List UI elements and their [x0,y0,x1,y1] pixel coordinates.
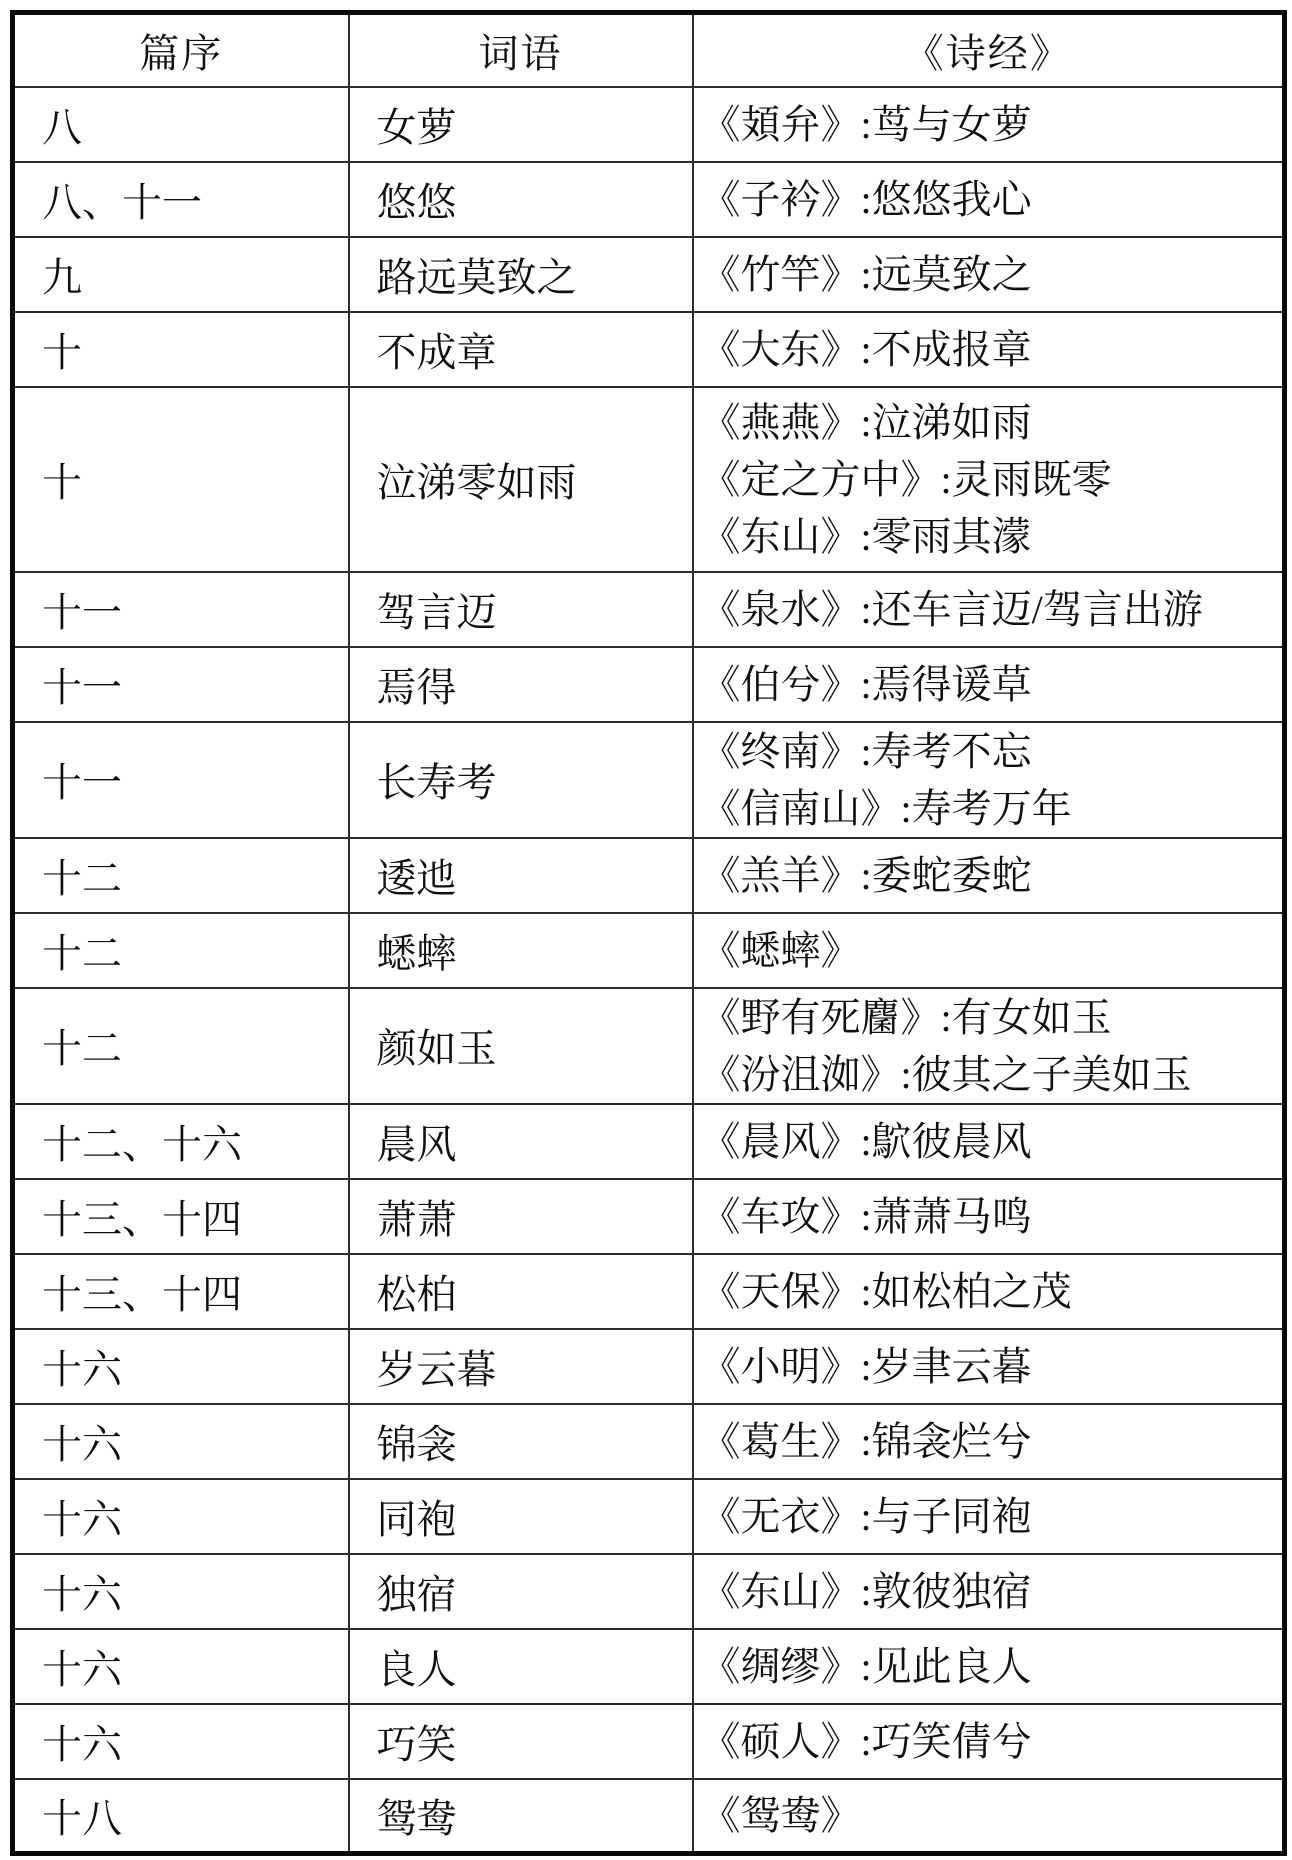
column-header-ciyu: 词语 [349,13,693,87]
cell-word: 同袍 [349,1479,693,1554]
cell-order: 十六 [13,1629,349,1704]
table-row: 十一焉得《伯兮》:焉得谖草 [13,647,1285,722]
header-row: 篇序 词语 《诗经》 [13,13,1285,87]
cell-refs: 《鸳鸯》 [693,1779,1285,1854]
cell-refs: 《大东》:不成报章 [693,312,1285,387]
cell-word: 萧萧 [349,1179,693,1254]
cell-word: 长寿考 [349,722,693,838]
ref-line: 《定之方中》:灵雨既零 [701,451,1283,508]
cell-refs: 《竹竿》:远莫致之 [693,237,1285,312]
cell-word: 良人 [349,1629,693,1704]
cell-word: 松柏 [349,1254,693,1329]
cell-order: 十六 [13,1329,349,1404]
cell-word: 蟋蟀 [349,913,693,988]
cell-order: 十二、十六 [13,1104,349,1179]
cell-refs: 《葛生》:锦衾烂兮 [693,1404,1285,1479]
cell-word: 驾言迈 [349,572,693,647]
table-row: 十八鸳鸯《鸳鸯》 [13,1779,1285,1854]
cell-order: 八 [13,87,349,162]
table-row: 十六巧笑《硕人》:巧笑倩兮 [13,1704,1285,1779]
ref-line: 《伯兮》:焉得谖草 [701,656,1283,713]
cell-order: 十三、十四 [13,1179,349,1254]
ref-line: 《绸缪》:见此良人 [701,1638,1283,1695]
cell-word: 鸳鸯 [349,1779,693,1854]
table-row: 八、十一悠悠《子衿》:悠悠我心 [13,162,1285,237]
ref-line: 《东山》:零雨其濛 [701,508,1283,565]
cell-word: 泣涕零如雨 [349,387,693,572]
ref-line: 《天保》:如松柏之茂 [701,1263,1283,1320]
cell-order: 十八 [13,1779,349,1854]
cell-refs: 《伯兮》:焉得谖草 [693,647,1285,722]
cell-word: 晨风 [349,1104,693,1179]
cell-order: 九 [13,237,349,312]
cell-refs: 《蟋蟀》 [693,913,1285,988]
cell-order: 十二 [13,838,349,913]
cell-order: 八、十一 [13,162,349,237]
table-row: 十六锦衾《葛生》:锦衾烂兮 [13,1404,1285,1479]
cell-word: 女萝 [349,87,693,162]
ref-line: 《硕人》:巧笑倩兮 [701,1713,1283,1770]
cell-refs: 《泉水》:还车言迈/驾言出游 [693,572,1285,647]
cell-word: 独宿 [349,1554,693,1629]
table-row: 十不成章《大东》:不成报章 [13,312,1285,387]
ref-line: 《竹竿》:远莫致之 [701,246,1283,303]
table-body: 八女萝《頍弁》:茑与女萝八、十一悠悠《子衿》:悠悠我心九路远莫致之《竹竿》:远莫… [13,87,1285,1854]
table-row: 十六独宿《东山》:敦彼独宿 [13,1554,1285,1629]
cell-order: 十六 [13,1479,349,1554]
cell-refs: 《頍弁》:茑与女萝 [693,87,1285,162]
table-row: 十二逶迆《羔羊》:委蛇委蛇 [13,838,1285,913]
ref-line: 《頍弁》:茑与女萝 [701,96,1283,153]
ref-line: 《野有死麕》:有女如玉 [701,989,1283,1046]
cell-refs: 《燕燕》:泣涕如雨《定之方中》:灵雨既零《东山》:零雨其濛 [693,387,1285,572]
cell-word: 巧笑 [349,1704,693,1779]
cell-refs: 《绸缪》:见此良人 [693,1629,1285,1704]
ref-line: 《葛生》:锦衾烂兮 [701,1413,1283,1470]
table-row: 十一长寿考《终南》:寿考不忘《信南山》:寿考万年 [13,722,1285,838]
ref-line: 《终南》:寿考不忘 [701,723,1283,780]
cell-order: 十二 [13,913,349,988]
ref-line: 《大东》:不成报章 [701,321,1283,378]
ref-line: 《车攻》:萧萧马鸣 [701,1188,1283,1245]
shijing-reference-table: 篇序 词语 《诗经》 八女萝《頍弁》:茑与女萝八、十一悠悠《子衿》:悠悠我心九路… [10,10,1287,1856]
ref-line: 《羔羊》:委蛇委蛇 [701,847,1283,904]
ref-line: 《燕燕》:泣涕如雨 [701,394,1283,451]
table-row: 十六良人《绸缪》:见此良人 [13,1629,1285,1704]
table-row: 十二颜如玉《野有死麕》:有女如玉《汾沮洳》:彼其之子美如玉 [13,988,1285,1104]
ref-line: 《泉水》:还车言迈/驾言出游 [701,581,1283,638]
table-row: 十二蟋蟀《蟋蟀》 [13,913,1285,988]
cell-word: 焉得 [349,647,693,722]
cell-refs: 《车攻》:萧萧马鸣 [693,1179,1285,1254]
ref-line: 《东山》:敦彼独宿 [701,1563,1283,1620]
cell-order: 十六 [13,1554,349,1629]
cell-word: 悠悠 [349,162,693,237]
cell-word: 路远莫致之 [349,237,693,312]
cell-order: 十六 [13,1404,349,1479]
cell-refs: 《子衿》:悠悠我心 [693,162,1285,237]
cell-order: 十 [13,312,349,387]
table-row: 八女萝《頍弁》:茑与女萝 [13,87,1285,162]
cell-word: 不成章 [349,312,693,387]
cell-refs: 《硕人》:巧笑倩兮 [693,1704,1285,1779]
ref-line: 《蟋蟀》 [701,922,1283,979]
cell-refs: 《野有死麕》:有女如玉《汾沮洳》:彼其之子美如玉 [693,988,1285,1104]
cell-order: 十 [13,387,349,572]
ref-line: 《晨风》:鴥彼晨风 [701,1113,1283,1170]
cell-order: 十一 [13,722,349,838]
cell-word: 颜如玉 [349,988,693,1104]
cell-refs: 《终南》:寿考不忘《信南山》:寿考万年 [693,722,1285,838]
table-row: 十三、十四松柏《天保》:如松柏之茂 [13,1254,1285,1329]
cell-word: 逶迆 [349,838,693,913]
ref-line: 《汾沮洳》:彼其之子美如玉 [701,1046,1283,1103]
cell-refs: 《羔羊》:委蛇委蛇 [693,838,1285,913]
table-row: 十三、十四萧萧《车攻》:萧萧马鸣 [13,1179,1285,1254]
cell-refs: 《天保》:如松柏之茂 [693,1254,1285,1329]
cell-order: 十一 [13,572,349,647]
cell-order: 十三、十四 [13,1254,349,1329]
ref-line: 《无衣》:与子同袍 [701,1488,1283,1545]
cell-order: 十六 [13,1704,349,1779]
ref-line: 《鸳鸯》 [701,1787,1283,1844]
cell-order: 十一 [13,647,349,722]
cell-order: 十二 [13,988,349,1104]
table-row: 九路远莫致之《竹竿》:远莫致之 [13,237,1285,312]
ref-line: 《小明》:岁聿云暮 [701,1338,1283,1395]
table-row: 十六岁云暮《小明》:岁聿云暮 [13,1329,1285,1404]
ref-line: 《信南山》:寿考万年 [701,780,1283,837]
table-row: 十泣涕零如雨《燕燕》:泣涕如雨《定之方中》:灵雨既零《东山》:零雨其濛 [13,387,1285,572]
column-header-shijing: 《诗经》 [693,13,1285,87]
cell-refs: 《东山》:敦彼独宿 [693,1554,1285,1629]
cell-refs: 《晨风》:鴥彼晨风 [693,1104,1285,1179]
table-row: 十一驾言迈《泉水》:还车言迈/驾言出游 [13,572,1285,647]
cell-refs: 《小明》:岁聿云暮 [693,1329,1285,1404]
table-header: 篇序 词语 《诗经》 [13,13,1285,87]
cell-refs: 《无衣》:与子同袍 [693,1479,1285,1554]
table-row: 十二、十六晨风《晨风》:鴥彼晨风 [13,1104,1285,1179]
table-row: 十六同袍《无衣》:与子同袍 [13,1479,1285,1554]
cell-word: 锦衾 [349,1404,693,1479]
ref-line: 《子衿》:悠悠我心 [701,171,1283,228]
column-header-pianxu: 篇序 [13,13,349,87]
cell-word: 岁云暮 [349,1329,693,1404]
